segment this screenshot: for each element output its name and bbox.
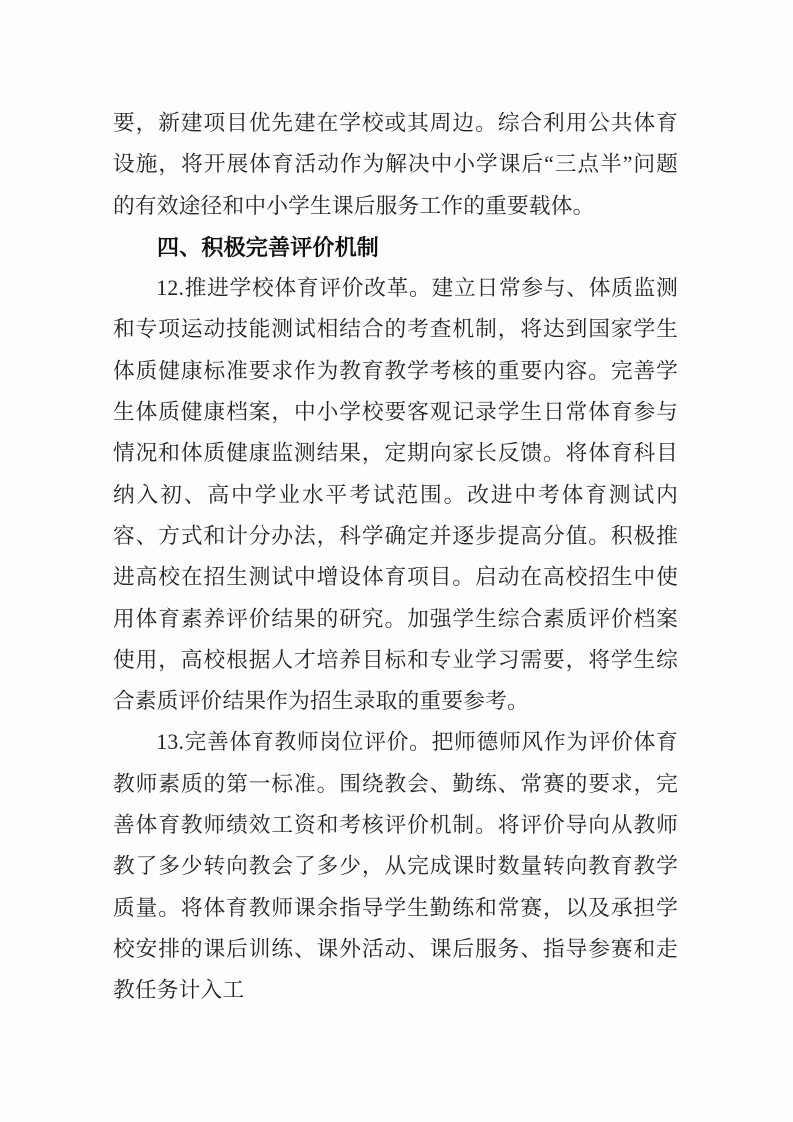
document-page: 要，新建项目优先建在学校或其周边。综合利用公共体育设施，将开展体育活动作为解决中… [0, 0, 793, 1122]
text-block: 要，新建项目优先建在学校或其周边。综合利用公共体育设施，将开展体育活动作为解决中… [113, 103, 678, 1012]
paragraph-item-13: 13.完善体育教师岗位评价。把师德师风作为评价体育教师素质的第一标准。围绕教会、… [113, 722, 678, 1011]
section-heading-4: 四、积极完善评价机制 [113, 227, 678, 268]
paragraph-item-12: 12.推进学校体育评价改革。建立日常参与、体质监测和专项运动技能测试相结合的考查… [113, 268, 678, 722]
paragraph-continuation: 要，新建项目优先建在学校或其周边。综合利用公共体育设施，将开展体育活动作为解决中… [113, 103, 678, 227]
